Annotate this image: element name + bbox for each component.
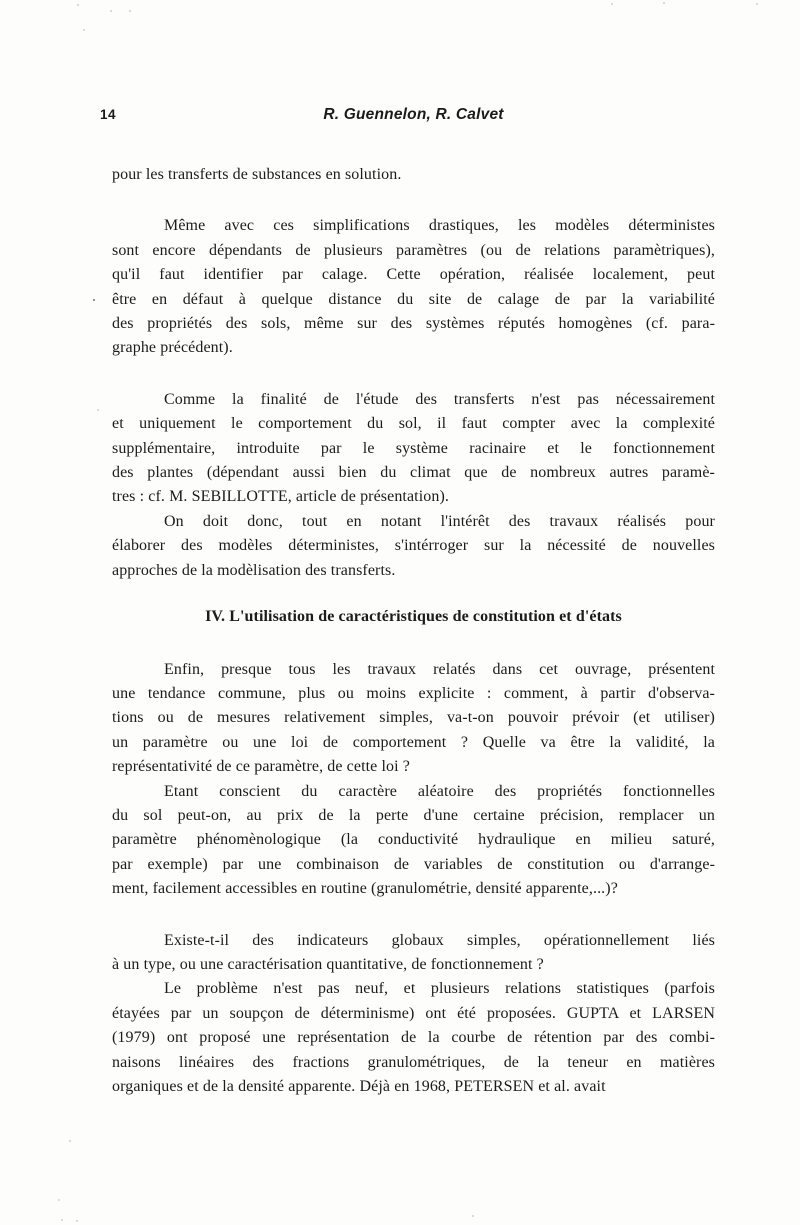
- body-text: pour les transferts de substances en sol…: [112, 163, 715, 1099]
- text-line: Le problème n'est pas neuf, et plusieurs…: [112, 977, 715, 1001]
- section-heading: IV. L'utilisation de caractéristiques de…: [112, 605, 715, 629]
- scan-speck: [69, 1140, 71, 1142]
- paragraph: On doit donc, tout en notant l'intérêt d…: [112, 510, 715, 583]
- text-line: tions ou de mesures relativement simples…: [112, 706, 715, 730]
- scan-speck: [129, 10, 131, 12]
- document-page: 14 R. Guennelon, R. Calvet pour les tran…: [0, 0, 800, 1225]
- page-number: 14: [100, 107, 116, 122]
- text-line: un paramètre ou une loi de comportement …: [112, 731, 715, 755]
- text-line: Comme la finalité de l'étude des transfe…: [112, 388, 715, 412]
- text-line: représentativité de ce paramètre, de cet…: [112, 755, 715, 779]
- text-line: à un type, ou une caractérisation quanti…: [112, 953, 715, 977]
- text-line: être en défaut à quelque distance du sit…: [112, 288, 715, 312]
- paragraph: Même avec ces simplifications drastiques…: [112, 214, 715, 360]
- text-line: ment, facilement accessibles en routine …: [112, 877, 715, 901]
- text-line: étayées par un soupçon de déterminisme) …: [112, 1002, 715, 1026]
- text-line: Même avec ces simplifications drastiques…: [112, 214, 715, 238]
- text-line: du sol peut-on, au prix de la perte d'un…: [112, 804, 715, 828]
- paragraph: Existe-t-il des indicateurs globaux simp…: [112, 929, 715, 978]
- text-line: par exemple) par une combinaison de vari…: [112, 853, 715, 877]
- scan-speck: [756, 3, 758, 5]
- text-line: élaborer des modèles déterministes, s'in…: [112, 534, 715, 558]
- scan-speck: [663, 2, 665, 4]
- paragraph: Enfin, presque tous les travaux relatés …: [112, 658, 715, 780]
- text-line: et uniquement le comportement du sol, il…: [112, 412, 715, 436]
- text-line: des plantes (dépendant aussi bien du cli…: [112, 461, 715, 485]
- scan-speck: [77, 4, 79, 6]
- text-line: Etant conscient du caractère aléatoire d…: [112, 780, 715, 804]
- page-header: 14 R. Guennelon, R. Calvet: [112, 106, 715, 126]
- text-line: sont encore dépendants de plusieurs para…: [112, 239, 715, 263]
- text-line: approches de la modèlisation des transfe…: [112, 559, 715, 583]
- text-line: organiques et de la densité apparente. D…: [112, 1075, 715, 1099]
- running-head: R. Guennelon, R. Calvet: [112, 106, 715, 124]
- text-line: pour les transferts de substances en sol…: [112, 163, 715, 187]
- scan-speck: [76, 1220, 78, 1222]
- text-line: paramètre phénomènologique (la conductiv…: [112, 828, 715, 852]
- text-line: supplémentaire, introduite par le systèm…: [112, 437, 715, 461]
- text-line: des propriétés des sols, même sur des sy…: [112, 312, 715, 336]
- text-line: Enfin, presque tous les travaux relatés …: [112, 658, 715, 682]
- scan-speck: [58, 1199, 60, 1201]
- text-line: (1979) ont proposé une représentation de…: [112, 1026, 715, 1050]
- scan-speck: [611, 3, 613, 5]
- text-line: tres : cf. M. SEBILLOTTE, article de pré…: [112, 485, 715, 509]
- text-line: qu'il faut identifier par calage. Cette …: [112, 263, 715, 287]
- text-line: Existe-t-il des indicateurs globaux simp…: [112, 929, 715, 953]
- text-line: naisons linéaires des fractions granulom…: [112, 1051, 715, 1075]
- scan-speck: [110, 10, 112, 12]
- paragraph: Le problème n'est pas neuf, et plusieurs…: [112, 977, 715, 1099]
- scan-speck: [83, 29, 85, 31]
- paragraph: Comme la finalité de l'étude des transfe…: [112, 388, 715, 510]
- paragraph: Etant conscient du caractère aléatoire d…: [112, 780, 715, 902]
- paragraph: pour les transferts de substances en sol…: [112, 163, 715, 187]
- scan-speck: [61, 1219, 63, 1221]
- text-line: On doit donc, tout en notant l'intérêt d…: [112, 510, 715, 534]
- scan-speck: [472, 1215, 474, 1217]
- text-line: une tendance commune, plus ou moins expl…: [112, 682, 715, 706]
- scan-speck: [93, 299, 95, 301]
- text-line: graphe précédent).: [112, 336, 715, 360]
- scan-speck: [97, 409, 99, 411]
